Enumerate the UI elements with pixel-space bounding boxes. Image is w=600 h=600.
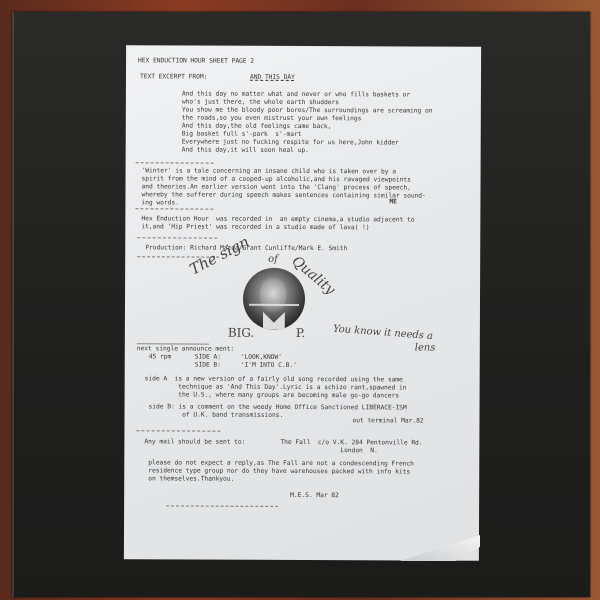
lyric-line: And this day,the old feelings came back,	[182, 122, 332, 130]
side-a-label: SIDE A:	[195, 354, 221, 362]
winter-line: whereby the sufferer during speech makes…	[141, 191, 425, 200]
side-a-title: 'LOOK,KNOW'	[241, 354, 282, 362]
handwritten-p: P.	[296, 330, 305, 338]
divider	[137, 237, 217, 238]
side-b-title: 'I'M INTO C.B.'	[241, 362, 297, 370]
release-date: out terminal Mar.82	[352, 417, 423, 425]
sheet-header: HEX ENDUCTION HOUR SHEET PAGE 2	[138, 57, 254, 65]
side-b-description: of U.K. band transmissions.	[148, 411, 283, 419]
excerpt-label: TEXT EXCERPT FROM:	[140, 73, 207, 81]
single-intro: next single announce ment:	[137, 345, 234, 353]
divider	[136, 430, 220, 431]
handwritten-the-sign: The sign	[189, 238, 250, 275]
mail-label: Any mail should be sent to:	[144, 438, 245, 446]
mail-address-city: London N.	[340, 447, 377, 455]
divider	[135, 208, 213, 209]
handwritten-note-lens: lens	[415, 344, 436, 352]
handwritten-note: You know it needs a	[333, 326, 433, 341]
portrait-photo	[243, 268, 305, 330]
reply-line: on themselves.Thankyou.	[148, 475, 234, 483]
handwritten-of: of	[268, 256, 278, 264]
divider	[136, 162, 214, 163]
sleeve-edge	[12, 12, 14, 597]
lyric-line: Big basket full s'-park s'-mart	[182, 130, 302, 138]
lyric-line: And this day,it will soon heal up.	[182, 146, 309, 154]
side-b-label: SIDE B:	[195, 362, 221, 370]
recording-line: it,and 'Hip Priest' was recorded in a st…	[141, 223, 369, 232]
signoff: M.E.S. Mar 82	[290, 492, 339, 500]
side-a-description: the U.S., where many groups are becoming…	[145, 391, 399, 400]
single-format: 45 rpm	[149, 353, 171, 361]
divider	[166, 505, 278, 506]
winter-line: ing words.	[141, 199, 178, 207]
excerpt-title: AND THIS DAY	[250, 74, 295, 82]
mail-address: The Fall c/o V.K. 284 Pentonville Rd.	[280, 439, 422, 447]
info-sheet: HEX ENDUCTION HOUR SHEET PAGE 2 TEXT EXC…	[124, 45, 481, 561]
handwritten-big: BIG.	[228, 330, 254, 338]
initials-mark: ME	[389, 198, 397, 206]
